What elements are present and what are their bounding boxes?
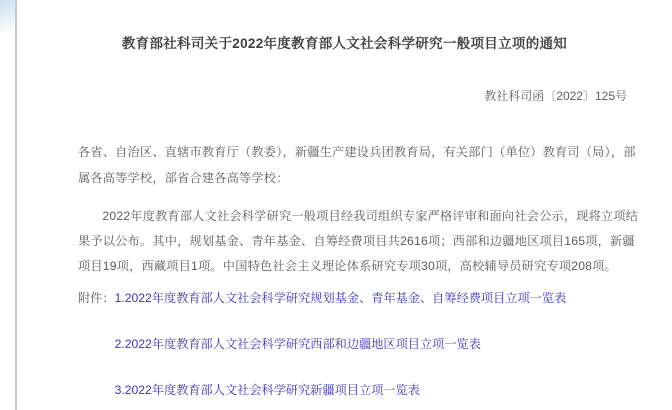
salutation-text: 各省、自治区、直辖市教育厅（教委），新疆生产建设兵团教育局，有关部门（单位）教育… bbox=[78, 139, 639, 191]
corner-accent-decoration bbox=[0, 0, 16, 32]
attachment-link-2[interactable]: 2.2022年度教育部人文社会科学研究西部和边疆地区项目立项一览表 bbox=[115, 337, 481, 351]
attachments-label: 附件： bbox=[78, 291, 115, 306]
attachment-link-1[interactable]: 1.2022年度教育部人文社会科学研究规划基金、青年基金、自筹经费项目立项一览表 bbox=[115, 291, 567, 305]
notice-body: 各省、自治区、直辖市教育厅（教委），新疆生产建设兵团教育局，有关部门（单位）教育… bbox=[17, 139, 672, 398]
notice-document: 教育部社科司关于2022年度教育部人文社会科学研究一般项目立项的通知 教社科司函… bbox=[17, 0, 672, 410]
attachment-item: 1.2022年度教育部人文社会科学研究规划基金、青年基金、自筹经费项目立项一览表 bbox=[115, 291, 639, 306]
notice-title: 教育部社科司关于2022年度教育部人文社会科学研究一般项目立项的通知 bbox=[17, 34, 672, 54]
attachment-item: 3.2022年度教育部人文社会科学研究新疆项目立项一览表 bbox=[115, 383, 639, 398]
body-paragraph: 2022年度教育部人文社会科学研究一般项目经我司组织专家严格评审和面向社会公示，… bbox=[78, 204, 639, 279]
attachment-item: 2.2022年度教育部人文社会科学研究西部和边疆地区项目立项一览表 bbox=[115, 337, 639, 352]
document-number: 教社科司函〔2022〕125号 bbox=[17, 89, 672, 103]
attachments-section: 附件： 1.2022年度教育部人文社会科学研究规划基金、青年基金、自筹经费项目立… bbox=[78, 291, 639, 398]
attachments-list: 1.2022年度教育部人文社会科学研究规划基金、青年基金、自筹经费项目立项一览表… bbox=[115, 291, 639, 398]
notice-page: { "doc": { "title": "教育部社科司关于2022年度教育部人文… bbox=[0, 0, 672, 410]
attachment-link-3[interactable]: 3.2022年度教育部人文社会科学研究新疆项目立项一览表 bbox=[115, 383, 420, 397]
